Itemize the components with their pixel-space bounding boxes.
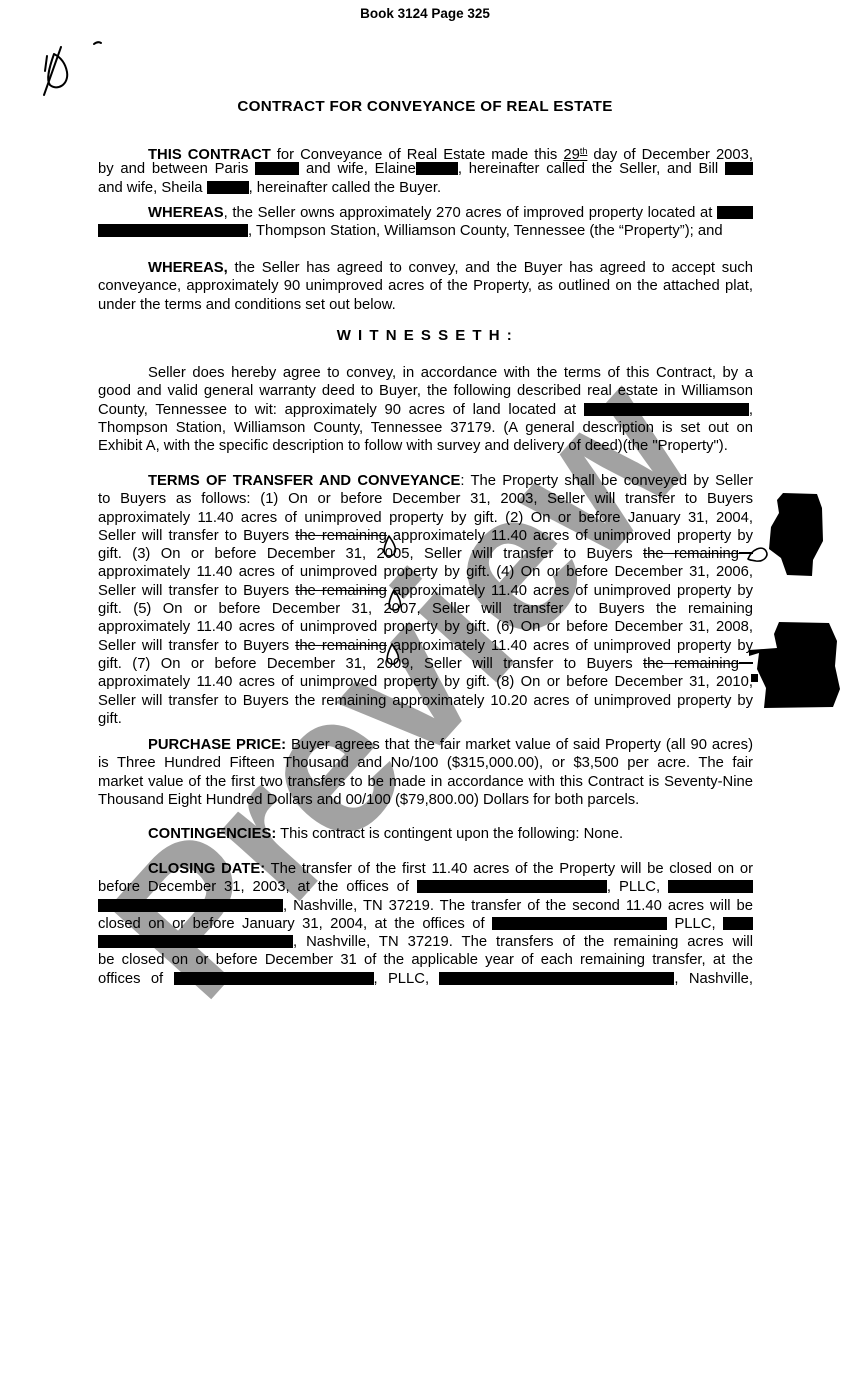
text-line: market value of the first two transfers … <box>98 773 753 791</box>
text-line: Seller will transfer to Buyers the remai… <box>98 582 753 600</box>
redaction-bar <box>725 162 753 175</box>
text-run: Thousand Eight Hundred Dollars and 00/10… <box>98 792 639 808</box>
paragraph-whereas-1: WHEREAS, the Seller owns approximately 2… <box>98 204 753 241</box>
bold-text: WHEREAS, <box>148 260 228 276</box>
text-run: , hereinafter called the Buyer. <box>249 180 441 196</box>
text-run: gift. <box>98 711 122 727</box>
text-run: Seller will transfer to Buyers <box>98 528 295 544</box>
text-run: gift. (3) On or before December 31, 2005… <box>98 546 643 562</box>
text-run: good and valid general warranty deed to … <box>98 383 753 399</box>
text-line: Thompson Station, Williamson County, Ten… <box>98 419 753 437</box>
redaction-bar <box>255 162 299 175</box>
text-run: , PLLC, <box>374 971 440 987</box>
paragraph-parties: THIS CONTRACT for Conveyance of Real Est… <box>98 142 753 197</box>
text-line: Seller will transfer to Buyers the remai… <box>98 692 753 710</box>
text-run: , <box>749 402 753 418</box>
paragraph-contingencies: CONTINGENCIES: This contract is continge… <box>98 825 753 843</box>
text-line: gift. (3) On or before December 31, 2005… <box>98 545 753 563</box>
text-line: conveyance, approximately 90 unimproved … <box>98 277 753 295</box>
text-line: , Nashville, TN 37219. The transfer of t… <box>98 897 753 915</box>
redaction-bar <box>668 880 753 893</box>
text-run: be closed on or before December 31 of th… <box>98 952 753 968</box>
text-run: market value of the first two transfers … <box>98 774 753 790</box>
text-run: Exhibit A, with the specific description… <box>98 438 728 454</box>
text-line: Seller will transfer to Buyers the remai… <box>98 527 753 545</box>
text-run: is Three Hundred Fifteen Thousand and No… <box>98 755 753 771</box>
text-line: CLOSING DATE: The transfer of the first … <box>98 860 753 878</box>
text-run: , PLLC, <box>607 879 668 895</box>
redaction-bar <box>98 899 283 912</box>
text-line: before December 31, 2003, at the offices… <box>98 878 753 896</box>
text-run: before December 31, 2003, at the offices… <box>98 879 417 895</box>
text-run: under the terms and conditions set out b… <box>98 297 396 313</box>
text-line: and wife, Sheila , hereinafter called th… <box>98 179 753 197</box>
text-line: TERMS OF TRANSFER AND CONVEYANCE: The Pr… <box>98 472 753 490</box>
text-run: PLLC, <box>667 916 723 932</box>
redaction-bar <box>207 181 249 194</box>
text-run: the Seller has agreed to convey, and the… <box>228 260 753 276</box>
text-run: approximately 11.40 acres of unimproved … <box>98 564 753 580</box>
redaction-bar <box>174 972 374 985</box>
text-line: closed on or before January 31, 2004, at… <box>98 915 753 933</box>
text-run: to Buyers as follows: (1) On or before D… <box>98 491 753 507</box>
text-run: conveyance, approximately 90 unimproved … <box>98 278 753 294</box>
strikethrough-overshoot <box>739 552 753 554</box>
text-run: closed on or before January 31, 2004, at… <box>98 916 492 932</box>
text-run: County, Tennessee to wit: approximately … <box>98 402 584 418</box>
paragraph-closing-date: CLOSING DATE: The transfer of the first … <box>98 860 753 988</box>
text-run: approximately 11.40 acres of unimproved … <box>387 638 753 654</box>
redaction-bar <box>416 162 458 175</box>
text-run: approximately 11.40 acres of unimproved … <box>387 528 753 544</box>
text-run: approximately 11.40 acres of unimproved … <box>98 510 753 526</box>
text-line: Seller will transfer to Buyers the remai… <box>98 637 753 655</box>
text-line: PURCHASE PRICE: Buyer agrees that the fa… <box>98 736 753 754</box>
text-run: , Nashville, TN 37219. The transfer of t… <box>283 898 753 914</box>
redaction-bar <box>723 917 753 930</box>
redaction-bar <box>584 403 749 416</box>
text-run: Buyer agrees that the fair market value … <box>286 737 753 753</box>
text-line: gift. (5) On or before December 31, 2007… <box>98 600 753 618</box>
text-run: , Thompson Station, Williamson County, T… <box>248 223 723 239</box>
text-line: approximately 11.40 acres of unimproved … <box>98 563 753 581</box>
text-line: Exhibit A, with the specific description… <box>98 437 753 455</box>
text-line: be closed on or before December 31 of th… <box>98 951 753 969</box>
text-run: approximately 11.40 acres of unimproved … <box>98 619 753 635</box>
margin-redaction-blob-1 <box>769 493 823 576</box>
text-run: Thompson Station, Williamson County, Ten… <box>98 420 753 436</box>
redaction-bar <box>492 917 667 930</box>
text-line: gift. (7) On or before December 31, 2009… <box>98 655 753 673</box>
bold-text: CLOSING DATE: <box>148 861 265 877</box>
text-run: , the Seller owns approximately 270 acre… <box>224 205 717 221</box>
book-page-header: Book 3124 Page 325 <box>0 6 850 21</box>
text-run: Seller will transfer to Buyers the remai… <box>98 693 753 709</box>
redaction-bar <box>439 972 674 985</box>
text-line: , Thompson Station, Williamson County, T… <box>98 222 753 240</box>
text-line: offices of , PLLC, , Nashville, <box>98 970 753 988</box>
text-line: gift. <box>98 710 753 728</box>
text-line: to Buyers as follows: (1) On or before D… <box>98 490 753 508</box>
text-run: The transfer of the first 11.40 acres of… <box>265 861 753 877</box>
text-run: Seller will transfer to Buyers <box>98 583 295 599</box>
paragraph-whereas-2: WHEREAS, the Seller has agreed to convey… <box>98 259 753 314</box>
strikethrough-overshoot <box>739 662 753 664</box>
text-run: approximately 11.40 acres of unimproved … <box>98 674 753 690</box>
text-line: is Three Hundred Fifteen Thousand and No… <box>98 754 753 772</box>
text-run: offices of <box>98 971 174 987</box>
text-line: Thousand Eight Hundred Dollars and 00/10… <box>98 791 753 809</box>
text-line: THIS CONTRACT for Conveyance of Real Est… <box>98 142 753 160</box>
redaction-bar <box>98 224 248 237</box>
bold-text: TERMS OF TRANSFER AND CONVEYANCE <box>148 473 460 489</box>
bold-text: CONTINGENCIES: <box>148 826 276 842</box>
struck-text: the remaining <box>295 583 387 599</box>
text-run: gift. (5) On or before December 31, 2007… <box>98 601 753 617</box>
tiny-pen-tick <box>94 42 101 44</box>
redaction-bar <box>417 880 607 893</box>
witnesseth-heading: W I T N E S S E T H : <box>0 327 850 344</box>
text-line: WHEREAS, the Seller has agreed to convey… <box>98 259 753 277</box>
text-run: , Nashville, <box>674 971 753 987</box>
struck-text: the remaining <box>643 546 739 562</box>
text-line: CONTINGENCIES: This contract is continge… <box>98 825 753 843</box>
struck-text: the remaining <box>295 528 387 544</box>
paragraph-terms-of-transfer: TERMS OF TRANSFER AND CONVEYANCE: The Pr… <box>98 472 753 728</box>
redaction-bar <box>717 206 753 219</box>
text-run: : The Property shall be conveyed by Sell… <box>460 473 753 489</box>
text-run: gift. (7) On or before December 31, 2009… <box>98 656 643 672</box>
paragraph-purchase-price: PURCHASE PRICE: Buyer agrees that the fa… <box>98 736 753 809</box>
text-line: approximately 11.40 acres of unimproved … <box>98 673 753 691</box>
text-run: Seller will transfer to Buyers <box>98 638 295 654</box>
scanned-contract-page: Preview Book 3124 Page 325 CONTRACT FOR … <box>0 0 850 1400</box>
text-line: Seller does hereby agree to convey, in a… <box>98 364 753 382</box>
struck-text: the remaining <box>295 638 387 654</box>
text-run: and wife, Sheila <box>98 180 207 196</box>
bold-text: PURCHASE PRICE: <box>148 737 286 753</box>
paragraph-seller-agreement: Seller does hereby agree to convey, in a… <box>98 364 753 455</box>
text-line: , Nashville, TN 37219. The transfers of … <box>98 933 753 951</box>
redaction-bar <box>98 935 293 948</box>
text-line: good and valid general warranty deed to … <box>98 382 753 400</box>
text-line: approximately 11.40 acres of unimproved … <box>98 618 753 636</box>
margin-redaction-blob-2 <box>749 622 840 708</box>
text-run: , hereinafter called the Seller, and Bil… <box>458 161 725 177</box>
text-line: WHEREAS, the Seller owns approximately 2… <box>98 204 753 222</box>
text-line: under the terms and conditions set out b… <box>98 296 753 314</box>
bold-text: WHEREAS <box>148 205 224 221</box>
contract-title: CONTRACT FOR CONVEYANCE OF REAL ESTATE <box>0 98 850 115</box>
text-line: County, Tennessee to wit: approximately … <box>98 401 753 419</box>
handwritten-scribble-mark <box>44 42 101 95</box>
text-run: by and between Paris <box>98 161 255 177</box>
text-line: by and between Paris and wife, Elaine, h… <box>98 160 753 178</box>
text-run: and wife, Elaine <box>299 161 416 177</box>
text-run: This contract is contingent upon the fol… <box>276 826 623 842</box>
text-run: , Nashville, TN 37219. The transfers of … <box>293 934 753 950</box>
struck-text: the remaining <box>643 656 739 672</box>
text-run: Seller does hereby agree to convey, in a… <box>148 365 753 381</box>
text-run: approximately 11.40 acres of unimproved … <box>387 583 753 599</box>
text-line: approximately 11.40 acres of unimproved … <box>98 509 753 527</box>
